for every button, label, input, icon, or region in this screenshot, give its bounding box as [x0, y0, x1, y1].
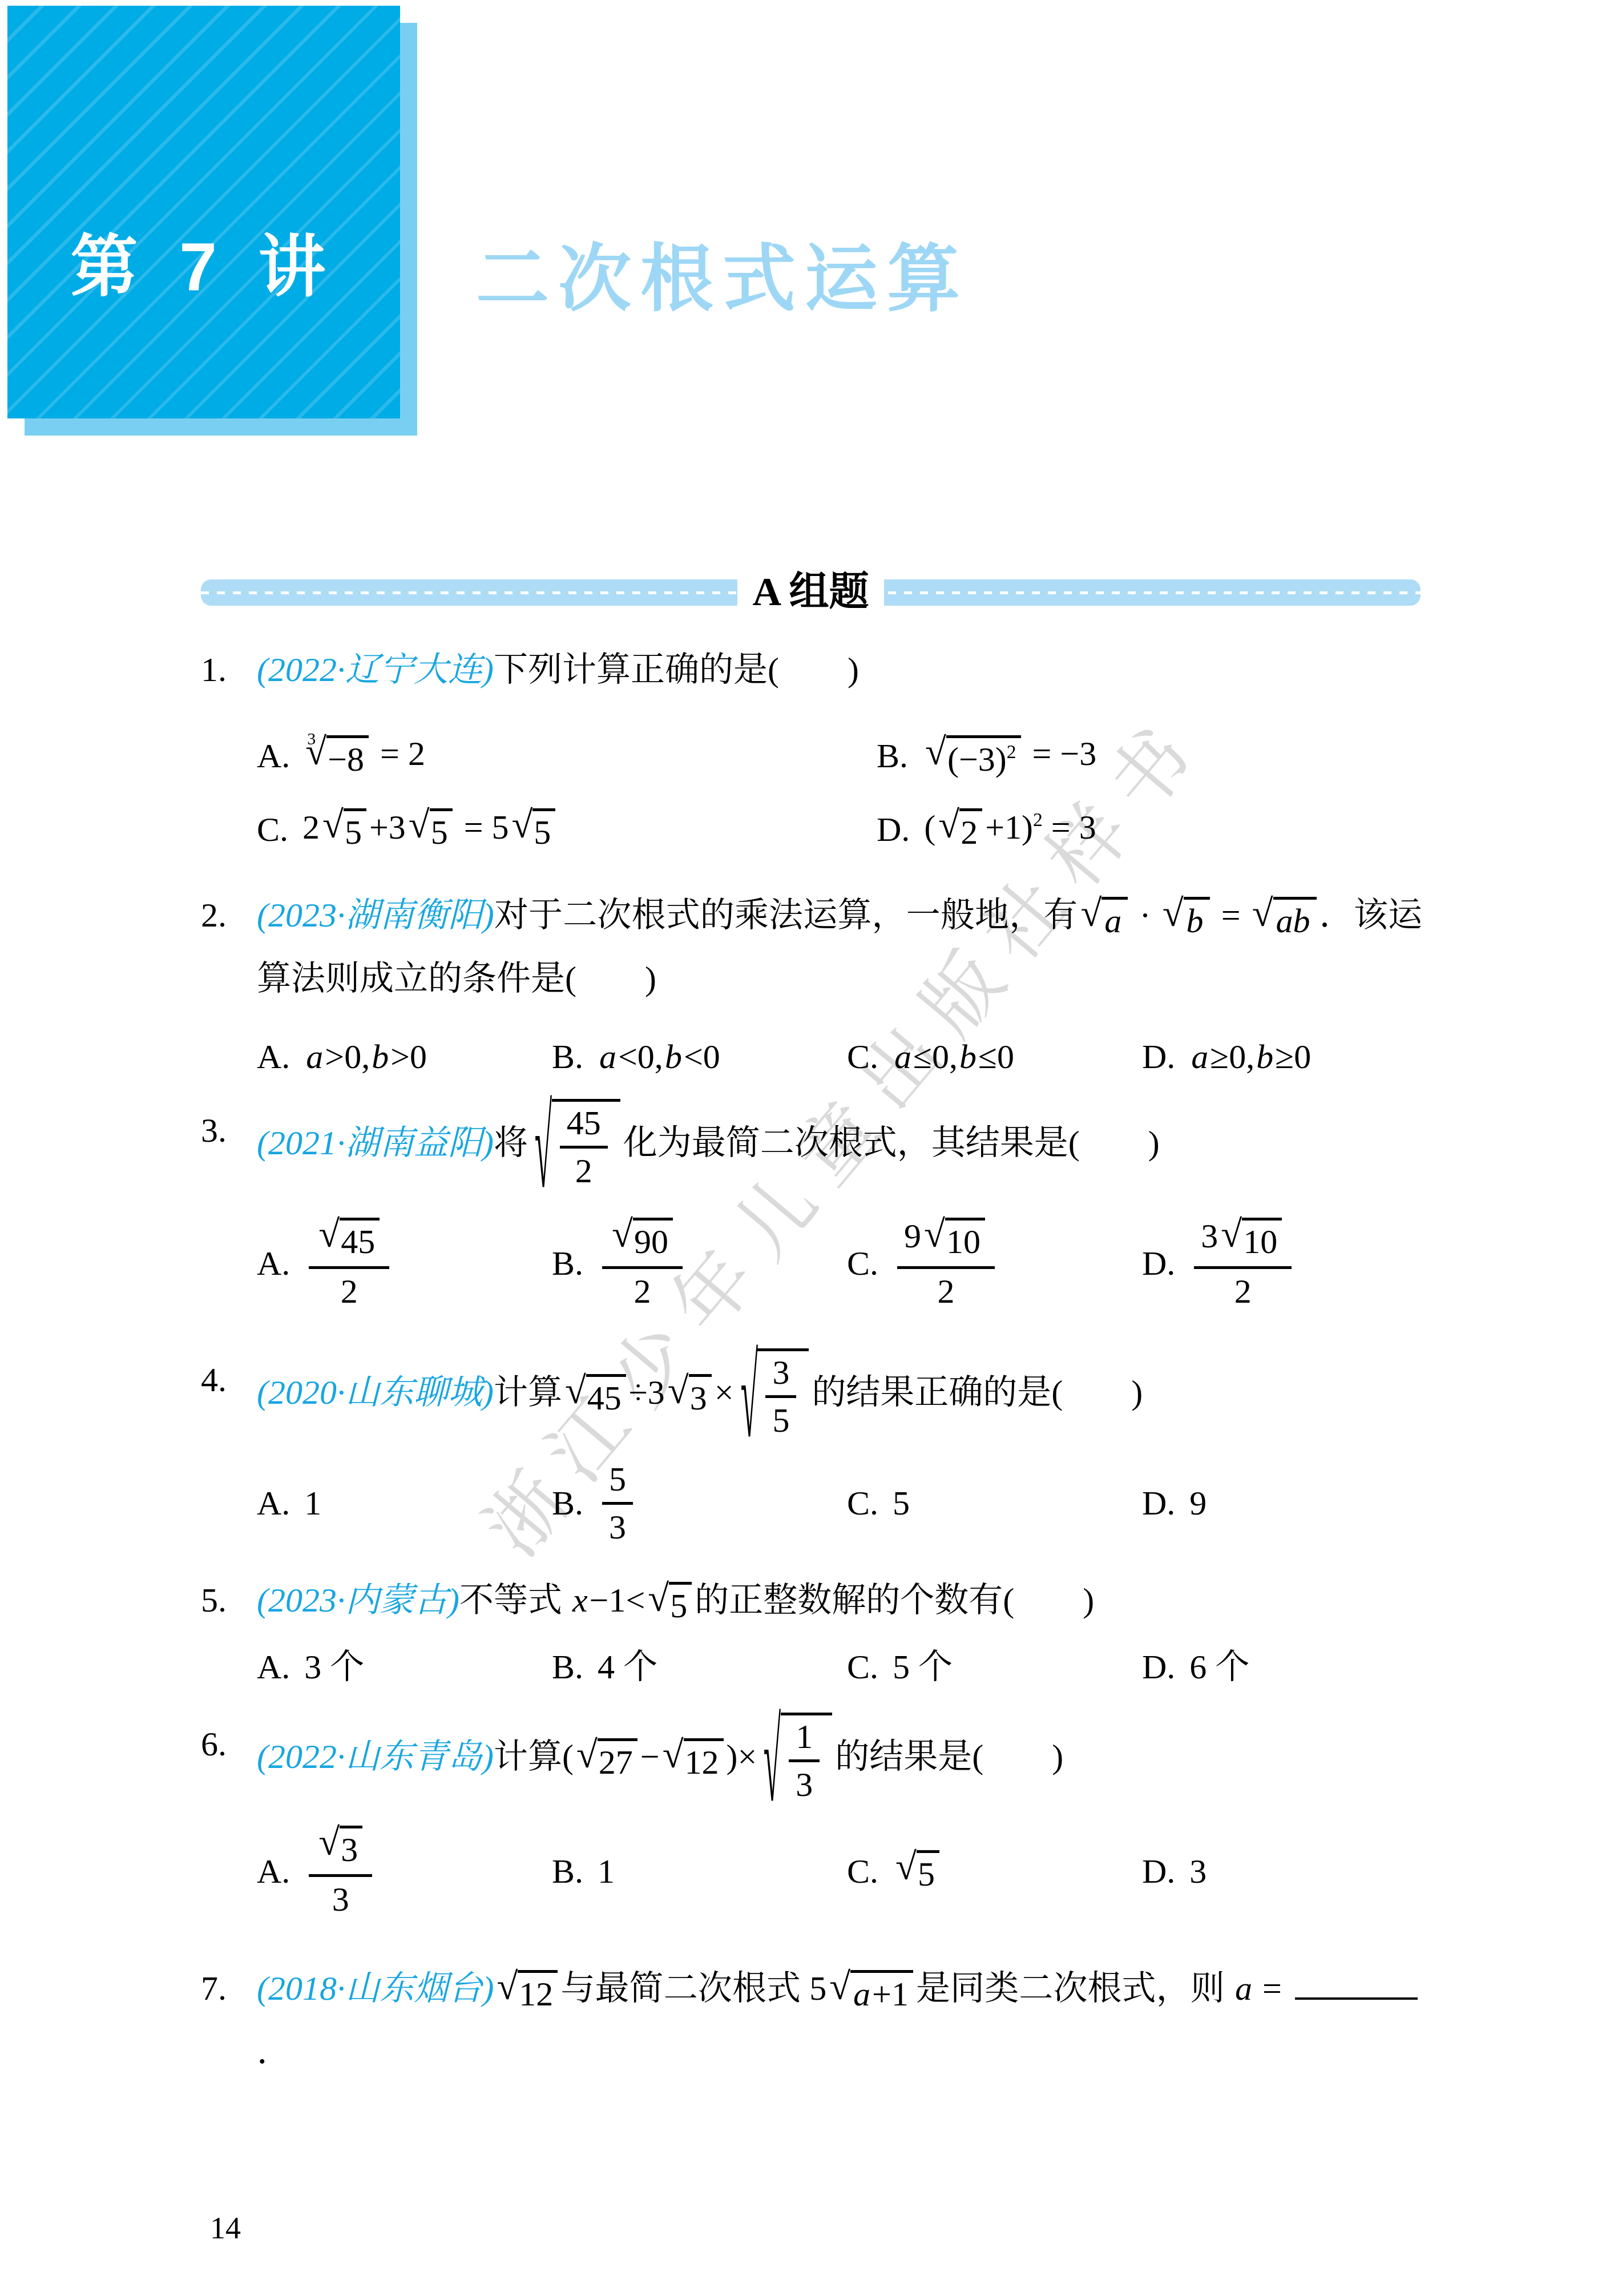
option-label: A. [257, 1036, 290, 1077]
radical-expression: √5 [511, 808, 555, 852]
option-value: 1 [598, 1851, 615, 1892]
radical-sign-icon: √ [497, 1971, 518, 2002]
problem-4: 4.(2020·山东聊城)计算√45÷3√3×√35的结果正确的是( )A.1B… [201, 1348, 1422, 1545]
option-value: 3√102 [1189, 1217, 1296, 1310]
radical-sign-icon: √ [938, 809, 959, 840]
option-D: D.6 个 [1142, 1646, 1422, 1687]
option-value: 6 个 [1189, 1646, 1249, 1687]
option-A: A.3 个 [257, 1646, 552, 1687]
fraction-numerator: 1 [789, 1718, 820, 1762]
math-variable: x [571, 1581, 590, 1619]
problem-2: 2.(2023·湖南衡阳)对于二次根式的乘法运算，一般地，有√a · √b = … [201, 884, 1422, 1077]
fraction: 35 [765, 1354, 796, 1439]
problem-number: 7. [201, 1957, 257, 2084]
fraction-numerator: 45 [560, 1104, 608, 1149]
option-label: D. [1142, 1646, 1175, 1687]
problem-5: 5.(2023·内蒙古)不等式 x−1<√5的正整数解的个数有( )A.3 个B… [201, 1569, 1422, 1687]
radicand: a+1 [850, 1970, 913, 2014]
option-label: D. [1142, 1243, 1175, 1284]
option-label: C. [847, 1851, 878, 1892]
problem-text: (2022·山东青岛)计算(√27−√12)×√13的结果是( ) [257, 1713, 1422, 1807]
radical-expression: √45 [565, 1374, 626, 1418]
option-B: B.53 [552, 1460, 847, 1545]
option-C: C.5 个 [847, 1646, 1142, 1687]
option-C: C.5 [847, 1460, 1142, 1545]
fraction: 452 [560, 1104, 608, 1189]
problem-content: (2021·湖南益阳)将√452化为最简二次根式，其结果是( )A.√452B.… [257, 1099, 1422, 1310]
section-label: A 组题 [737, 569, 883, 617]
option-value: 5 个 [893, 1646, 953, 1687]
option-A: A.a>0,b>0 [257, 1036, 552, 1077]
option-label: D. [877, 809, 910, 850]
radical-expression: √5 [322, 808, 366, 852]
options-1: A.3√−8 = 2B.√(−3)2 = −3C.2√5+3√5 = 5√5D.… [257, 733, 1422, 852]
radicand: −8 [326, 735, 369, 779]
exponent: 2 [1033, 809, 1043, 831]
page-title: 二次根式运算 [476, 220, 969, 325]
problem-content: (2022·辽宁大连)下列计算正确的是( )A.3√−8 = 2B.√(−3)2… [257, 638, 1422, 852]
root-index: 3 [307, 731, 316, 748]
option-label: A. [257, 735, 290, 776]
radical-sign-icon: √ [318, 1827, 340, 1858]
problem-number: 3. [201, 1099, 257, 1310]
option-label: B. [552, 1036, 583, 1077]
radical-sign-icon: √ [576, 1739, 598, 1770]
section-header-bar: A 组题 [201, 579, 1421, 606]
radical-sign-icon: √ [829, 1971, 850, 2002]
option-value: 53 [598, 1460, 637, 1545]
radical-sign-icon: √ [764, 1716, 781, 1808]
radical-sign-icon: √ [1252, 898, 1273, 929]
fraction-denominator: 2 [341, 1269, 358, 1310]
radicand: 3 [689, 1374, 712, 1418]
fraction: √452 [309, 1217, 389, 1310]
fraction: 53 [602, 1460, 633, 1545]
option-value: √33 [304, 1824, 377, 1918]
option-D: D.3 [1142, 1824, 1422, 1918]
option-C: C.a≤0,b≤0 [847, 1036, 1142, 1077]
problem-content: (2023·湖南衡阳)对于二次根式的乘法运算，一般地，有√a · √b = √a… [257, 884, 1422, 1077]
option-value: 3 [1189, 1851, 1207, 1892]
option-B: B.√902 [552, 1217, 847, 1310]
option-value: 9√102 [893, 1217, 999, 1310]
math-variable: b [958, 1038, 978, 1076]
radicand: 5 [344, 808, 366, 852]
option-A: A.√452 [257, 1217, 552, 1310]
fraction: √33 [309, 1824, 372, 1918]
radical-expression: √5 [648, 1582, 692, 1626]
radicand: a [1101, 897, 1128, 941]
problem-content: (2023·内蒙古)不等式 x−1<√5的正整数解的个数有( )A.3 个B.4… [257, 1569, 1422, 1687]
radical-sign-icon: √ [668, 1375, 689, 1406]
radicand: 90 [633, 1218, 673, 1262]
option-label: B. [552, 1851, 583, 1892]
radicand: 35 [757, 1348, 809, 1443]
problem-text: (2020·山东聊城)计算√45÷3√3×√35的结果正确的是( ) [257, 1348, 1422, 1443]
radical-expression: √27 [576, 1738, 637, 1782]
source-citation: (2020·山东聊城) [257, 1373, 494, 1411]
option-value: (√2+1)2 = 3 [924, 807, 1096, 853]
problem-3: 3.(2021·湖南益阳)将√452化为最简二次根式，其结果是( )A.√452… [201, 1099, 1422, 1310]
radical-expression: √5 [895, 1850, 939, 1894]
radical-sign-icon: √ [895, 1851, 917, 1882]
source-citation: (2022·山东青岛) [257, 1738, 494, 1775]
radical-expression: 3√−8 [307, 735, 369, 779]
radical-expression: √5 [409, 808, 453, 852]
radicand: 12 [518, 1970, 558, 2014]
option-value: √902 [598, 1217, 687, 1310]
option-A: A.3√−8 = 2 [257, 733, 877, 779]
math-variable: a [304, 1038, 325, 1076]
radical-expression: √10 [924, 1218, 985, 1262]
option-D: D.(√2+1)2 = 3 [877, 807, 1422, 853]
fraction-numerator: √90 [602, 1217, 683, 1269]
fraction-numerator: 3 [765, 1354, 796, 1398]
option-label: C. [847, 1036, 878, 1077]
radical-sign-icon: √ [409, 809, 430, 840]
radical-sign-icon: √ [318, 1219, 340, 1250]
option-label: C. [847, 1243, 878, 1284]
options-6: A.√33B.1C.√5D.3 [257, 1824, 1422, 1918]
exponent: 2 [1007, 742, 1016, 763]
radicand: 5 [917, 1850, 939, 1894]
problem-text: (2022·辽宁大连)下列计算正确的是( ) [257, 638, 1422, 702]
radical-expression: √ab [1252, 897, 1317, 941]
problem-number: 6. [201, 1713, 257, 1918]
option-value: a≤0,b≤0 [893, 1036, 1014, 1077]
option-label: A. [257, 1646, 290, 1687]
radical-expression: √12 [663, 1738, 724, 1782]
source-citation: (2023·内蒙古) [257, 1581, 459, 1619]
option-B: B.4 个 [552, 1646, 847, 1687]
radical-expression: √35 [737, 1348, 809, 1443]
option-label: B. [877, 735, 908, 776]
fraction-denominator: 5 [772, 1398, 789, 1439]
option-label: B. [552, 1646, 583, 1687]
problem-text: (2023·内蒙古)不等式 x−1<√5的正整数解的个数有( ) [257, 1569, 1422, 1632]
option-value: 9 [1189, 1483, 1207, 1524]
option-label: D. [1142, 1036, 1175, 1077]
radical-expression: √45 [318, 1218, 380, 1262]
option-value: 3√−8 = 2 [304, 733, 425, 779]
lesson-number-label: 第 7 讲 [70, 115, 337, 309]
radicand: b [1184, 897, 1210, 941]
math-variable: ab [1274, 902, 1312, 940]
radical-expression: √3 [318, 1826, 362, 1870]
fraction: 13 [789, 1718, 820, 1803]
fraction-denominator: 3 [796, 1762, 813, 1803]
option-value: 4 个 [598, 1646, 657, 1687]
fraction-numerator: 5 [602, 1460, 633, 1505]
option-D: D.3√102 [1142, 1217, 1422, 1310]
option-value: √5 [893, 1848, 942, 1894]
problem-number: 4. [201, 1348, 257, 1545]
fraction: √902 [602, 1217, 683, 1310]
radical-expression: √13 [760, 1713, 832, 1807]
fraction-numerator: √45 [309, 1217, 389, 1269]
math-variable: b [1254, 1038, 1275, 1076]
option-value: a>0,b>0 [304, 1036, 427, 1077]
problem-1: 1.(2022·辽宁大连)下列计算正确的是( )A.3√−8 = 2B.√(−3… [201, 638, 1422, 852]
option-label: B. [552, 1243, 583, 1284]
radical-sign-icon: √ [612, 1219, 633, 1250]
problem-number: 1. [201, 638, 257, 852]
radical-sign-icon: √ [924, 1219, 945, 1250]
fraction-numerator: √3 [309, 1824, 372, 1877]
option-value: √452 [304, 1217, 394, 1310]
option-label: A. [257, 1243, 290, 1284]
math-variable: a [1103, 902, 1123, 940]
problem-text: (2021·湖南益阳)将√452化为最简二次根式，其结果是( ) [257, 1099, 1422, 1194]
radical-expression: √3 [668, 1374, 712, 1418]
problem-content: (2018·山东烟台)√12与最简二次根式 5√a+1是同类二次根式，则 a =… [257, 1957, 1422, 2084]
radicand: 2 [959, 808, 982, 852]
option-label: A. [257, 1483, 290, 1524]
radical-sign-icon: √ [1221, 1219, 1242, 1250]
source-citation: (2022·辽宁大连) [257, 651, 494, 688]
radical-sign-icon: √ [322, 809, 344, 840]
option-label: A. [257, 1851, 290, 1892]
fraction: 9√102 [897, 1217, 995, 1310]
radicand: 45 [586, 1374, 626, 1418]
source-citation: (2018·山东烟台) [257, 1969, 494, 2007]
option-label: C. [847, 1646, 878, 1687]
radical-sign-icon: √ [663, 1739, 684, 1770]
radical-expression: √12 [497, 1970, 558, 2014]
radical-sign-icon: √ [1080, 898, 1101, 929]
option-value: a≥0,b≥0 [1189, 1036, 1311, 1077]
radicand: 5 [430, 808, 453, 852]
fraction: 3√102 [1194, 1217, 1292, 1310]
option-A: A.√33 [257, 1824, 552, 1918]
answer-blank [1295, 1991, 1418, 2000]
radical-expression: √a+1 [829, 1970, 913, 2014]
option-label: C. [257, 809, 288, 850]
option-label: B. [552, 1483, 583, 1524]
radicand: 3 [340, 1826, 362, 1870]
radical-expression: √10 [1221, 1218, 1282, 1262]
math-variable: a [852, 1975, 872, 2013]
option-A: A.1 [257, 1460, 552, 1545]
math-variable: b [1185, 902, 1205, 940]
math-variable: b [663, 1038, 684, 1076]
radicand: (−3)2 [946, 735, 1021, 779]
lesson-badge: 第 7 讲 [7, 6, 400, 418]
fraction-numerator: 9√10 [897, 1217, 995, 1269]
problem-number: 2. [201, 884, 257, 1077]
radicand: 45 [340, 1218, 380, 1262]
radicand: 10 [1242, 1218, 1282, 1262]
radicand: ab [1273, 897, 1317, 941]
option-B: B.a<0,b<0 [552, 1036, 847, 1077]
radicand: 12 [684, 1738, 724, 1782]
option-label: C. [847, 1483, 878, 1524]
source-citation: (2023·湖南衡阳) [257, 896, 494, 934]
radical-sign-icon: √ [565, 1375, 586, 1406]
math-variable: a [1233, 1969, 1254, 2007]
radical-expression: √a [1080, 897, 1128, 941]
option-C: C.√5 [847, 1824, 1142, 1918]
options-4: A.1B.53C.5D.9 [257, 1460, 1422, 1545]
radicand: 10 [945, 1218, 985, 1262]
fraction-denominator: 2 [634, 1269, 651, 1310]
option-C: C.2√5+3√5 = 5√5 [257, 807, 877, 853]
option-D: D.a≥0,b≥0 [1142, 1036, 1422, 1077]
option-D: D.9 [1142, 1460, 1422, 1545]
option-value: 2√5+3√5 = 5√5 [302, 807, 558, 853]
workbook-page: 第 7 讲 二次根式运算 浙江少年儿童出版社样书 A 组题 1.(2022·辽宁… [0, 0, 1622, 2296]
radicand: 452 [552, 1099, 620, 1194]
radical-sign-icon: √ [648, 1583, 669, 1614]
math-variable: a [893, 1038, 913, 1076]
option-value: 5 [893, 1483, 910, 1524]
radicand: 5 [669, 1582, 692, 1626]
problem-7: 7.(2018·山东烟台)√12与最简二次根式 5√a+1是同类二次根式，则 a… [201, 1957, 1422, 2084]
radical-expression: √2 [938, 808, 982, 852]
source-citation: (2021·湖南益阳) [257, 1124, 494, 1162]
fraction-denominator: 3 [609, 1505, 626, 1545]
radical-sign-icon: √ [740, 1352, 757, 1444]
option-B: B.√(−3)2 = −3 [877, 733, 1422, 779]
radical-sign-icon: √ [511, 809, 532, 840]
option-B: B.1 [552, 1824, 847, 1918]
option-value: 1 [304, 1483, 321, 1524]
fraction-denominator: 2 [575, 1149, 592, 1189]
problem-content: (2022·山东青岛)计算(√27−√12)×√13的结果是( )A.√33B.… [257, 1713, 1422, 1918]
math-variable: a [1189, 1038, 1210, 1076]
fraction-denominator: 2 [1234, 1269, 1252, 1310]
option-C: C.9√102 [847, 1217, 1142, 1310]
option-value: 3 个 [304, 1646, 364, 1687]
fraction-denominator: 2 [937, 1269, 954, 1310]
radical-expression: √(−3)2 [925, 735, 1020, 779]
options-3: A.√452B.√902C.9√102D.3√102 [257, 1217, 1422, 1310]
problem-content: (2020·山东聊城)计算√45÷3√3×√35的结果正确的是( )A.1B.5… [257, 1348, 1422, 1545]
option-value: a<0,b<0 [598, 1036, 720, 1077]
radical-sign-icon: √ [535, 1102, 552, 1194]
problem-text: (2018·山东烟台)√12与最简二次根式 5√a+1是同类二次根式，则 a =… [257, 1957, 1422, 2084]
problem-number: 5. [201, 1569, 257, 1687]
page-number: 14 [210, 2210, 241, 2246]
radical-expression: √452 [531, 1099, 620, 1194]
fraction-numerator: 3√10 [1194, 1217, 1292, 1269]
fraction-denominator: 3 [332, 1877, 349, 1918]
radical-sign-icon: √ [925, 736, 946, 767]
radical-expression: √b [1163, 897, 1210, 941]
options-5: A.3 个B.4 个C.5 个D.6 个 [257, 1646, 1422, 1687]
radicand: 5 [532, 808, 555, 852]
option-value: √(−3)2 = −3 [922, 733, 1096, 779]
problem-6: 6.(2022·山东青岛)计算(√27−√12)×√13的结果是( )A.√33… [201, 1713, 1422, 1918]
problem-text: (2023·湖南衡阳)对于二次根式的乘法运算，一般地，有√a · √b = √a… [257, 884, 1422, 1010]
options-2: A.a>0,b>0B.a<0,b<0C.a≤0,b≤0D.a≥0,b≥0 [257, 1036, 1422, 1077]
radical-expression: √90 [612, 1218, 673, 1262]
radicand: 27 [598, 1738, 637, 1782]
math-variable: a [598, 1038, 618, 1076]
math-variable: b [370, 1038, 390, 1076]
radicand: 13 [781, 1713, 832, 1807]
radical-sign-icon: √ [1163, 898, 1184, 929]
option-label: D. [1142, 1483, 1175, 1524]
option-label: D. [1142, 1851, 1175, 1892]
